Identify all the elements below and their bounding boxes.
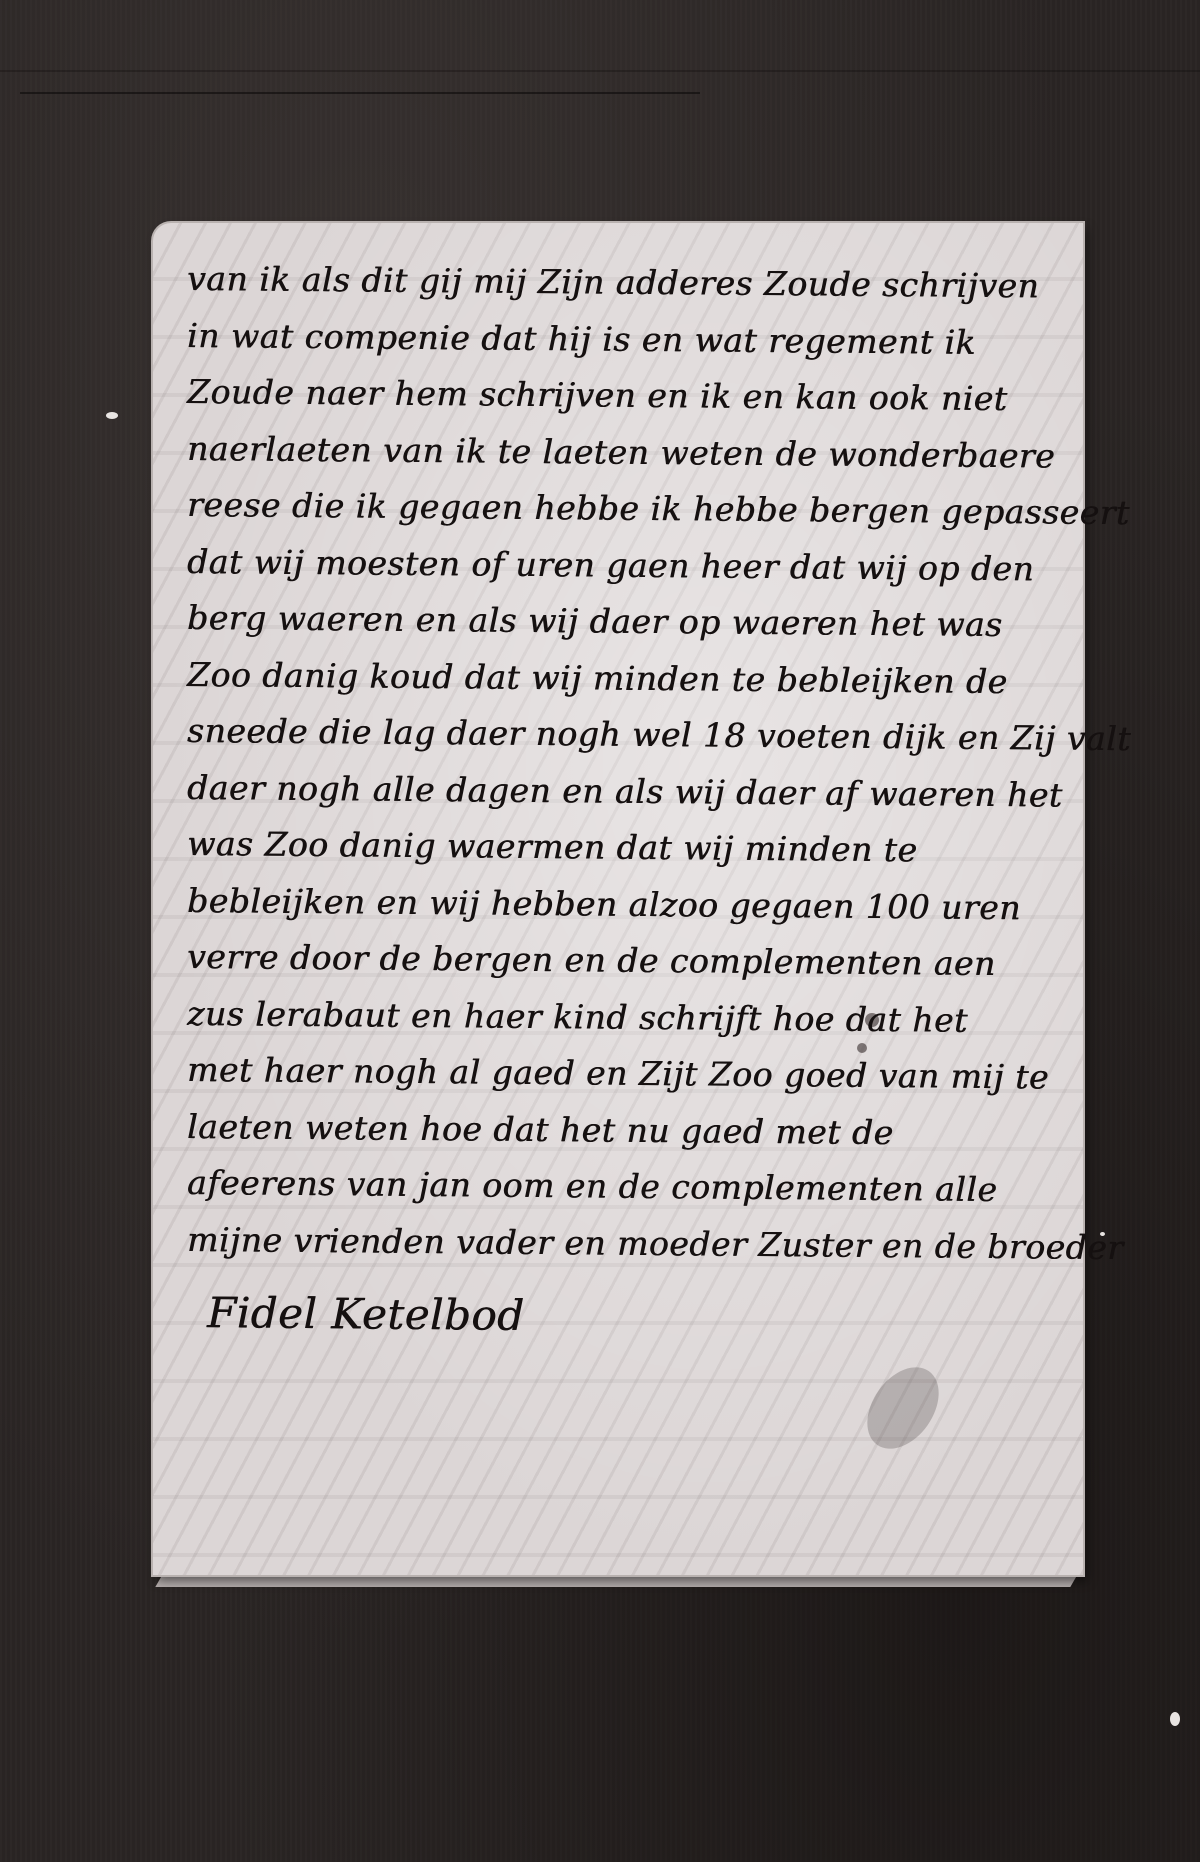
letter-line: daer nogh alle dagen en als wij daer af …	[187, 760, 1063, 824]
letter-body: van ik als dit gij mij Zijn adderes Zoud…	[187, 251, 1063, 1348]
dust-speck	[106, 412, 118, 419]
letter-line: in wat compenie dat hij is en wat regeme…	[187, 308, 1063, 372]
letter-line: bebleijken en wij hebben alzoo gegaen 10…	[187, 873, 1063, 937]
letter-line: verre door de bergen en de complementen …	[187, 929, 1063, 993]
letter-page: van ik als dit gij mij Zijn adderes Zoud…	[153, 223, 1083, 1575]
letter-line: laeten weten hoe dat het nu gaed met de	[187, 1099, 1063, 1163]
scan-artifact-line	[20, 92, 700, 94]
letter-line: dat wij moesten of uren gaen heer dat wi…	[187, 534, 1063, 598]
letter-line: was Zoo danig waermen dat wij minden te	[187, 816, 1063, 880]
letter-line: sneede die lag daer nogh wel 18 voeten d…	[187, 703, 1063, 767]
letter-line: reese die ik gegaen hebbe ik hebbe berge…	[187, 477, 1063, 541]
letter-line: Zoo danig koud dat wij minden te bebleij…	[187, 647, 1063, 711]
letter-line: mijne vrienden vader en moeder Zuster en…	[187, 1212, 1063, 1276]
dust-speck	[1170, 1712, 1180, 1726]
letter-line: berg waeren en als wij daer op waeren he…	[187, 590, 1063, 654]
signature: Fidel Ketelbod	[187, 1278, 1064, 1356]
letter-line: zus lerabaut en haer kind schrijft hoe d…	[187, 986, 1063, 1050]
scan-artifact-line	[0, 70, 1200, 72]
letter-line: Zoude naer hem schrijven en ik en kan oo…	[187, 364, 1063, 428]
letter-line: naerlaeten van ik te laeten weten de won…	[187, 421, 1063, 485]
letter-line: met haer nogh al gaed en Zijt Zoo goed v…	[187, 1042, 1063, 1106]
letter-line: van ik als dit gij mij Zijn adderes Zoud…	[187, 251, 1063, 315]
ink-smudge	[853, 1354, 954, 1462]
letter-line: afeerens van jan oom en de complementen …	[187, 1155, 1063, 1219]
